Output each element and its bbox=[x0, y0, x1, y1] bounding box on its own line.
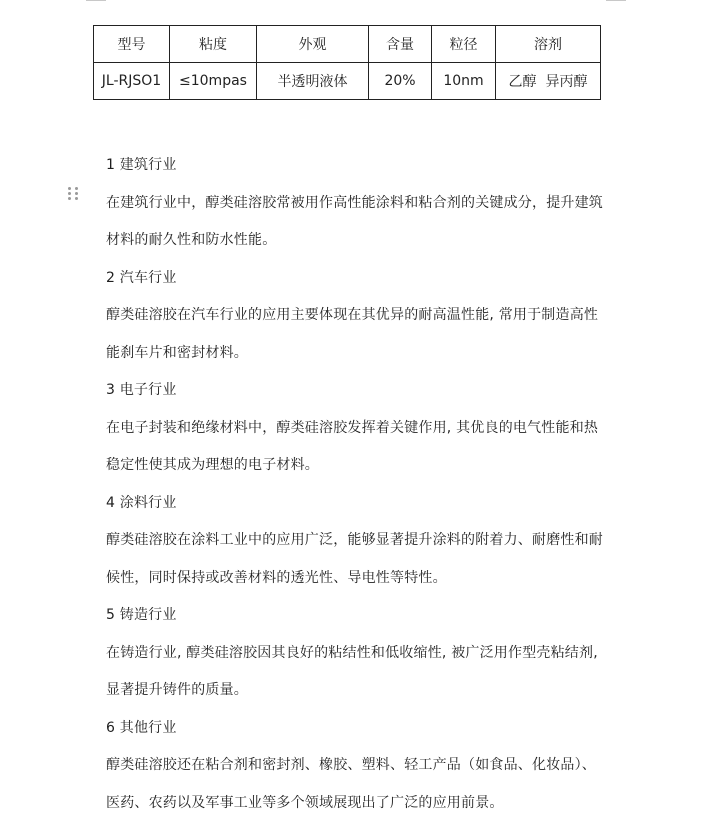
drag-dot bbox=[68, 197, 71, 200]
paragraph-line: 醇类硅溶胶在涂料工业中的应用广泛，能够显著提升涂料的附着力、耐磨性和耐 bbox=[106, 522, 616, 560]
spec-table: 型号 粘度 外观 含量 粒径 溶剂 JL-RJSO1 ≤10mpas 半透明液体… bbox=[93, 25, 601, 100]
section-heading: 6 其他行业 bbox=[106, 710, 616, 748]
page-corner-mark-right bbox=[606, 0, 626, 1]
table-header-cell: 粒径 bbox=[432, 26, 496, 63]
document-body: 1 建筑行业 在建筑行业中，醇类硅溶胶常被用作高性能涂料和粘合剂的关键成分，提升… bbox=[106, 147, 616, 822]
page-corner-mark-left bbox=[86, 0, 106, 1]
drag-handle-icon[interactable] bbox=[68, 187, 78, 202]
section-heading: 3 电子行业 bbox=[106, 372, 616, 410]
table-cell: 乙醇 异丙醇 bbox=[496, 63, 601, 100]
drag-dot bbox=[75, 197, 78, 200]
paragraph-line: 医药、农药以及军事工业等多个领域展现出了广泛的应用前景。 bbox=[106, 785, 616, 823]
table-cell: JL-RJSO1 bbox=[94, 63, 170, 100]
section-heading: 2 汽车行业 bbox=[106, 260, 616, 298]
table-cell: 20% bbox=[369, 63, 432, 100]
drag-dot bbox=[68, 192, 71, 195]
paragraph-line: 醇类硅溶胶在汽车行业的应用主要体现在其优异的耐高温性能, 常用于制造高性 bbox=[106, 297, 616, 335]
table-cell: ≤10mpas bbox=[170, 63, 257, 100]
table-header-cell: 型号 bbox=[94, 26, 170, 63]
section-heading: 1 建筑行业 bbox=[106, 147, 616, 185]
paragraph-line: 显著提升铸件的质量。 bbox=[106, 672, 616, 710]
paragraph-line: 稳定性使其成为理想的电子材料。 bbox=[106, 447, 616, 485]
section-heading: 5 铸造行业 bbox=[106, 597, 616, 635]
table-cell: 10nm bbox=[432, 63, 496, 100]
paragraph-line: 能刹车片和密封材料。 bbox=[106, 335, 616, 373]
table-header-cell: 外观 bbox=[257, 26, 369, 63]
section-heading: 4 涂料行业 bbox=[106, 485, 616, 523]
paragraph-line: 醇类硅溶胶还在粘合剂和密封剂、橡胶、塑料、轻工产品（如食品、化妆品）、 bbox=[106, 747, 616, 785]
paragraph-line: 材料的耐久性和防水性能。 bbox=[106, 222, 616, 260]
paragraph-line: 在电子封装和绝缘材料中，醇类硅溶胶发挥着关键作用, 其优良的电气性能和热 bbox=[106, 410, 616, 448]
paragraph-line: 在铸造行业, 醇类硅溶胶因其良好的粘结性和低收缩性, 被广泛用作型壳粘结剂, bbox=[106, 635, 616, 673]
drag-dot bbox=[75, 187, 78, 190]
table-header-cell: 粘度 bbox=[170, 26, 257, 63]
table-header-row: 型号 粘度 外观 含量 粒径 溶剂 bbox=[94, 26, 601, 63]
table-header-cell: 含量 bbox=[369, 26, 432, 63]
drag-dot bbox=[75, 192, 78, 195]
drag-dot bbox=[68, 187, 71, 190]
table-row: JL-RJSO1 ≤10mpas 半透明液体 20% 10nm 乙醇 异丙醇 bbox=[94, 63, 601, 100]
paragraph-line: 候性，同时保持或改善材料的透光性、导电性等特性。 bbox=[106, 560, 616, 598]
table-header-cell: 溶剂 bbox=[496, 26, 601, 63]
paragraph-line: 在建筑行业中，醇类硅溶胶常被用作高性能涂料和粘合剂的关键成分，提升建筑 bbox=[106, 185, 616, 223]
table-cell: 半透明液体 bbox=[257, 63, 369, 100]
